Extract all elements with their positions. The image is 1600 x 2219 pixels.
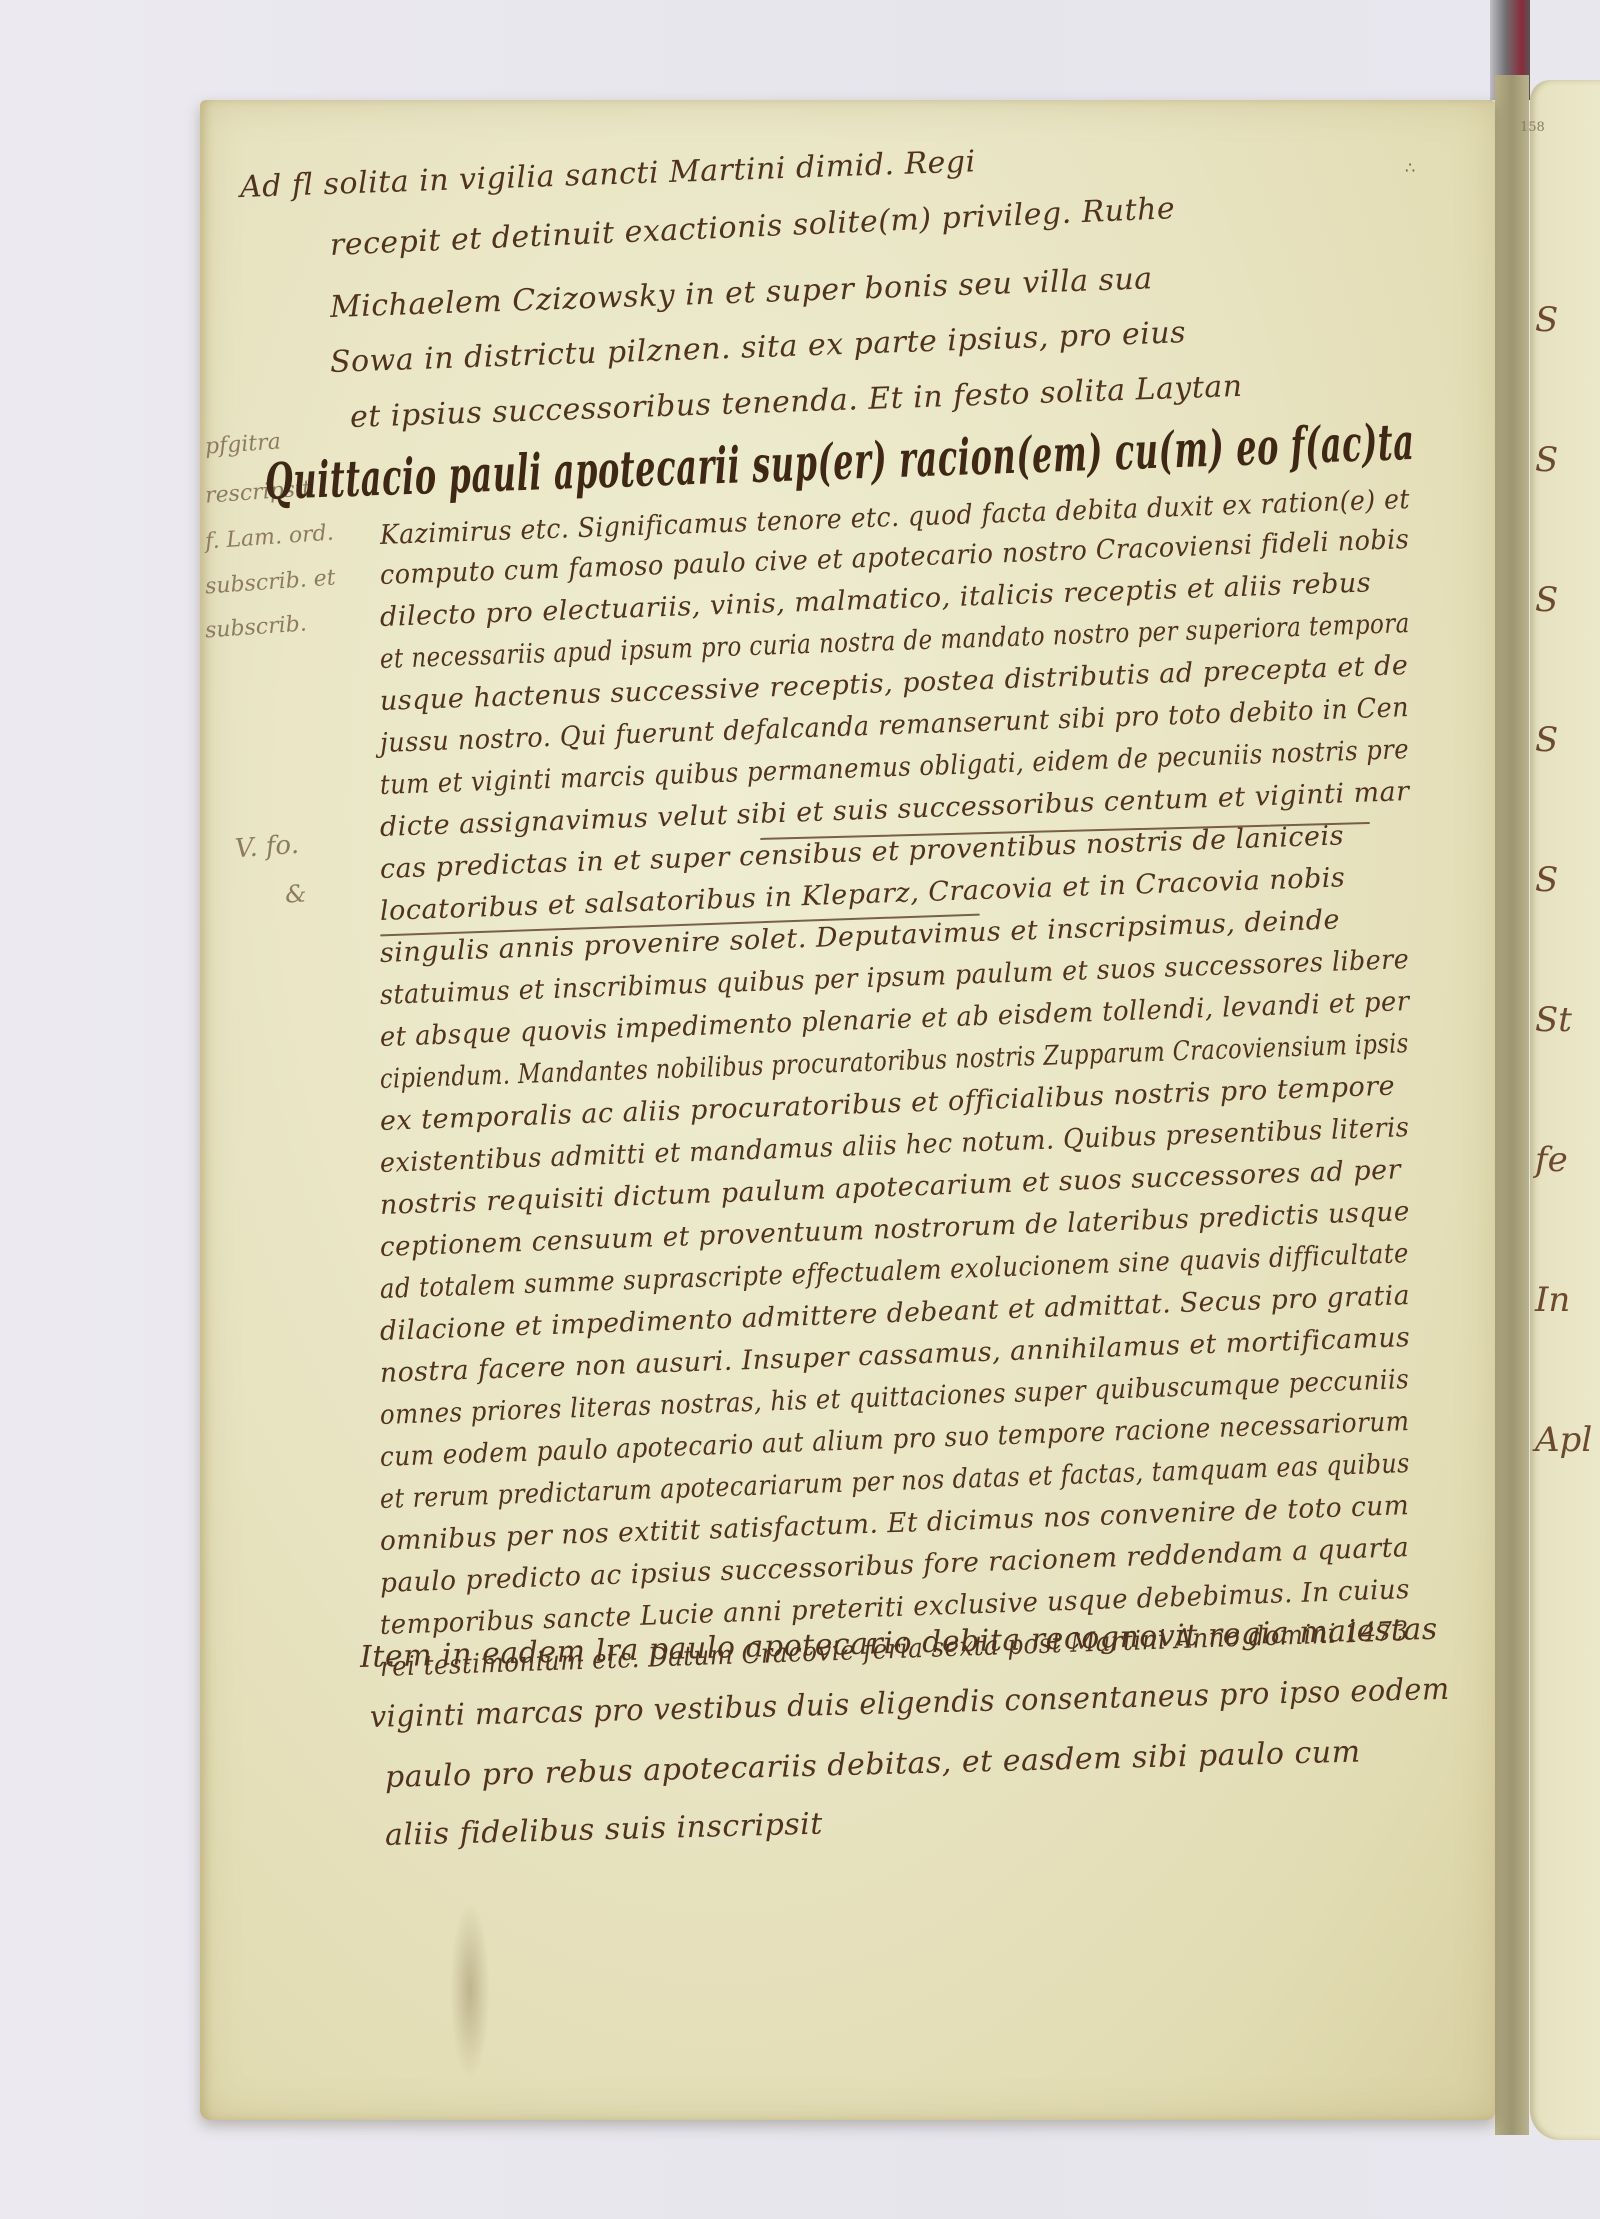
ink-dots: ∴ [1405, 158, 1415, 177]
facing-initial: St [1535, 1000, 1600, 1140]
facing-page-initials: S S S S S St fe In Apl [1535, 300, 1600, 1560]
facing-initial: S [1535, 580, 1600, 720]
margin-note: & [284, 879, 307, 908]
facing-initial: In [1535, 1280, 1600, 1420]
facing-initial: S [1535, 720, 1600, 860]
facing-initial: S [1535, 440, 1600, 580]
facing-initial: S [1535, 860, 1600, 1000]
facing-initial: S [1535, 300, 1600, 440]
margin-note: V. fo. [234, 830, 300, 864]
facing-initial: fe [1535, 1140, 1600, 1280]
book-gutter [1495, 75, 1529, 2135]
facing-folio-number: 158 [1520, 120, 1545, 135]
facing-initial: Apl [1535, 1420, 1600, 1560]
